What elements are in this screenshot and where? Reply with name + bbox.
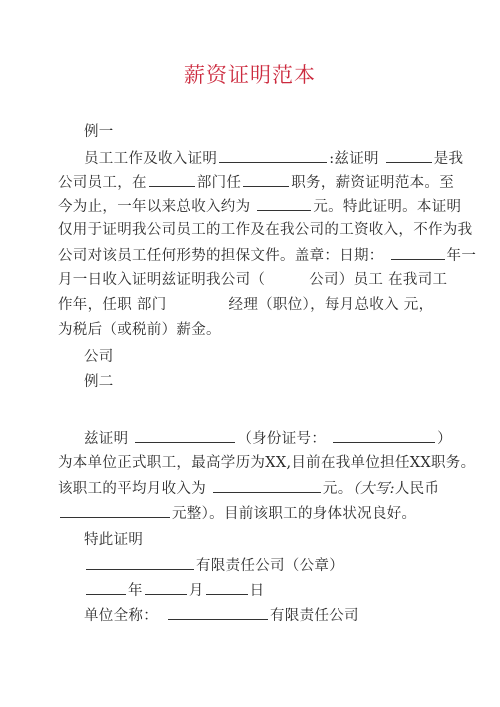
example1-line7: 作年，任职 部门经理（职位），每月总收入 元，: [58, 295, 433, 315]
blank-field: [86, 555, 194, 570]
blank-field: [213, 478, 321, 493]
example2-line2: 为本单位正式职工，最高学历为XX,目前在我单位担任XX职务。: [58, 453, 475, 473]
date-line: 年月日: [84, 580, 264, 601]
blank-field: [243, 172, 289, 187]
blank-field: [86, 580, 126, 595]
example1-line4: 仅用于证明我公司员工的工作及在我公司的工资收入，不作为我: [58, 220, 472, 240]
blank-field: [257, 196, 311, 211]
example1-line3: 今为止，一年以来总收入约为 元。特此证明。本证明: [58, 196, 461, 217]
example1-line6: 月一日收入证明兹证明我公司（公司）员工 在我司工: [58, 270, 447, 290]
blank-field: [135, 428, 235, 443]
blank-field: [149, 172, 195, 187]
example1-line8: 为税后（或税前）薪金。: [58, 320, 221, 340]
blank-field: [333, 428, 435, 443]
blank-field: [391, 245, 445, 260]
blank-field: [219, 148, 327, 163]
company-label: 公司: [84, 347, 114, 367]
unit-name-line: 单位全称：有限责任公司: [84, 605, 359, 626]
certify-text: 特此证明: [84, 530, 143, 550]
example2-line3: 该职工的平均月收入为 元。（大写:人民币: [58, 478, 439, 499]
example1-line1: 员工工作及收入证明:兹证明 是我: [84, 148, 463, 169]
blank-field: [386, 148, 432, 163]
example2-label: 例二: [84, 372, 114, 392]
document-title: 薪资证明范本: [0, 60, 500, 90]
company-seal-line: 有限责任公司（公章）: [84, 555, 344, 576]
example1-label: 例一: [84, 122, 114, 142]
blank-field: [60, 503, 170, 518]
example2-line1: 兹证明 （身份证号： ）: [84, 428, 452, 449]
blank-field: [168, 605, 268, 620]
example2-line4: 元整）。目前该职工的身体状况良好。: [58, 503, 416, 524]
example1-line5: 公司对该员工任何形势的担保文件。盖章：日期： 年一: [58, 245, 476, 266]
blank-field: [206, 580, 248, 595]
blank-field: [145, 580, 187, 595]
example1-line2: 公司员工，在部门任职务，薪资证明范本。至: [58, 172, 454, 193]
